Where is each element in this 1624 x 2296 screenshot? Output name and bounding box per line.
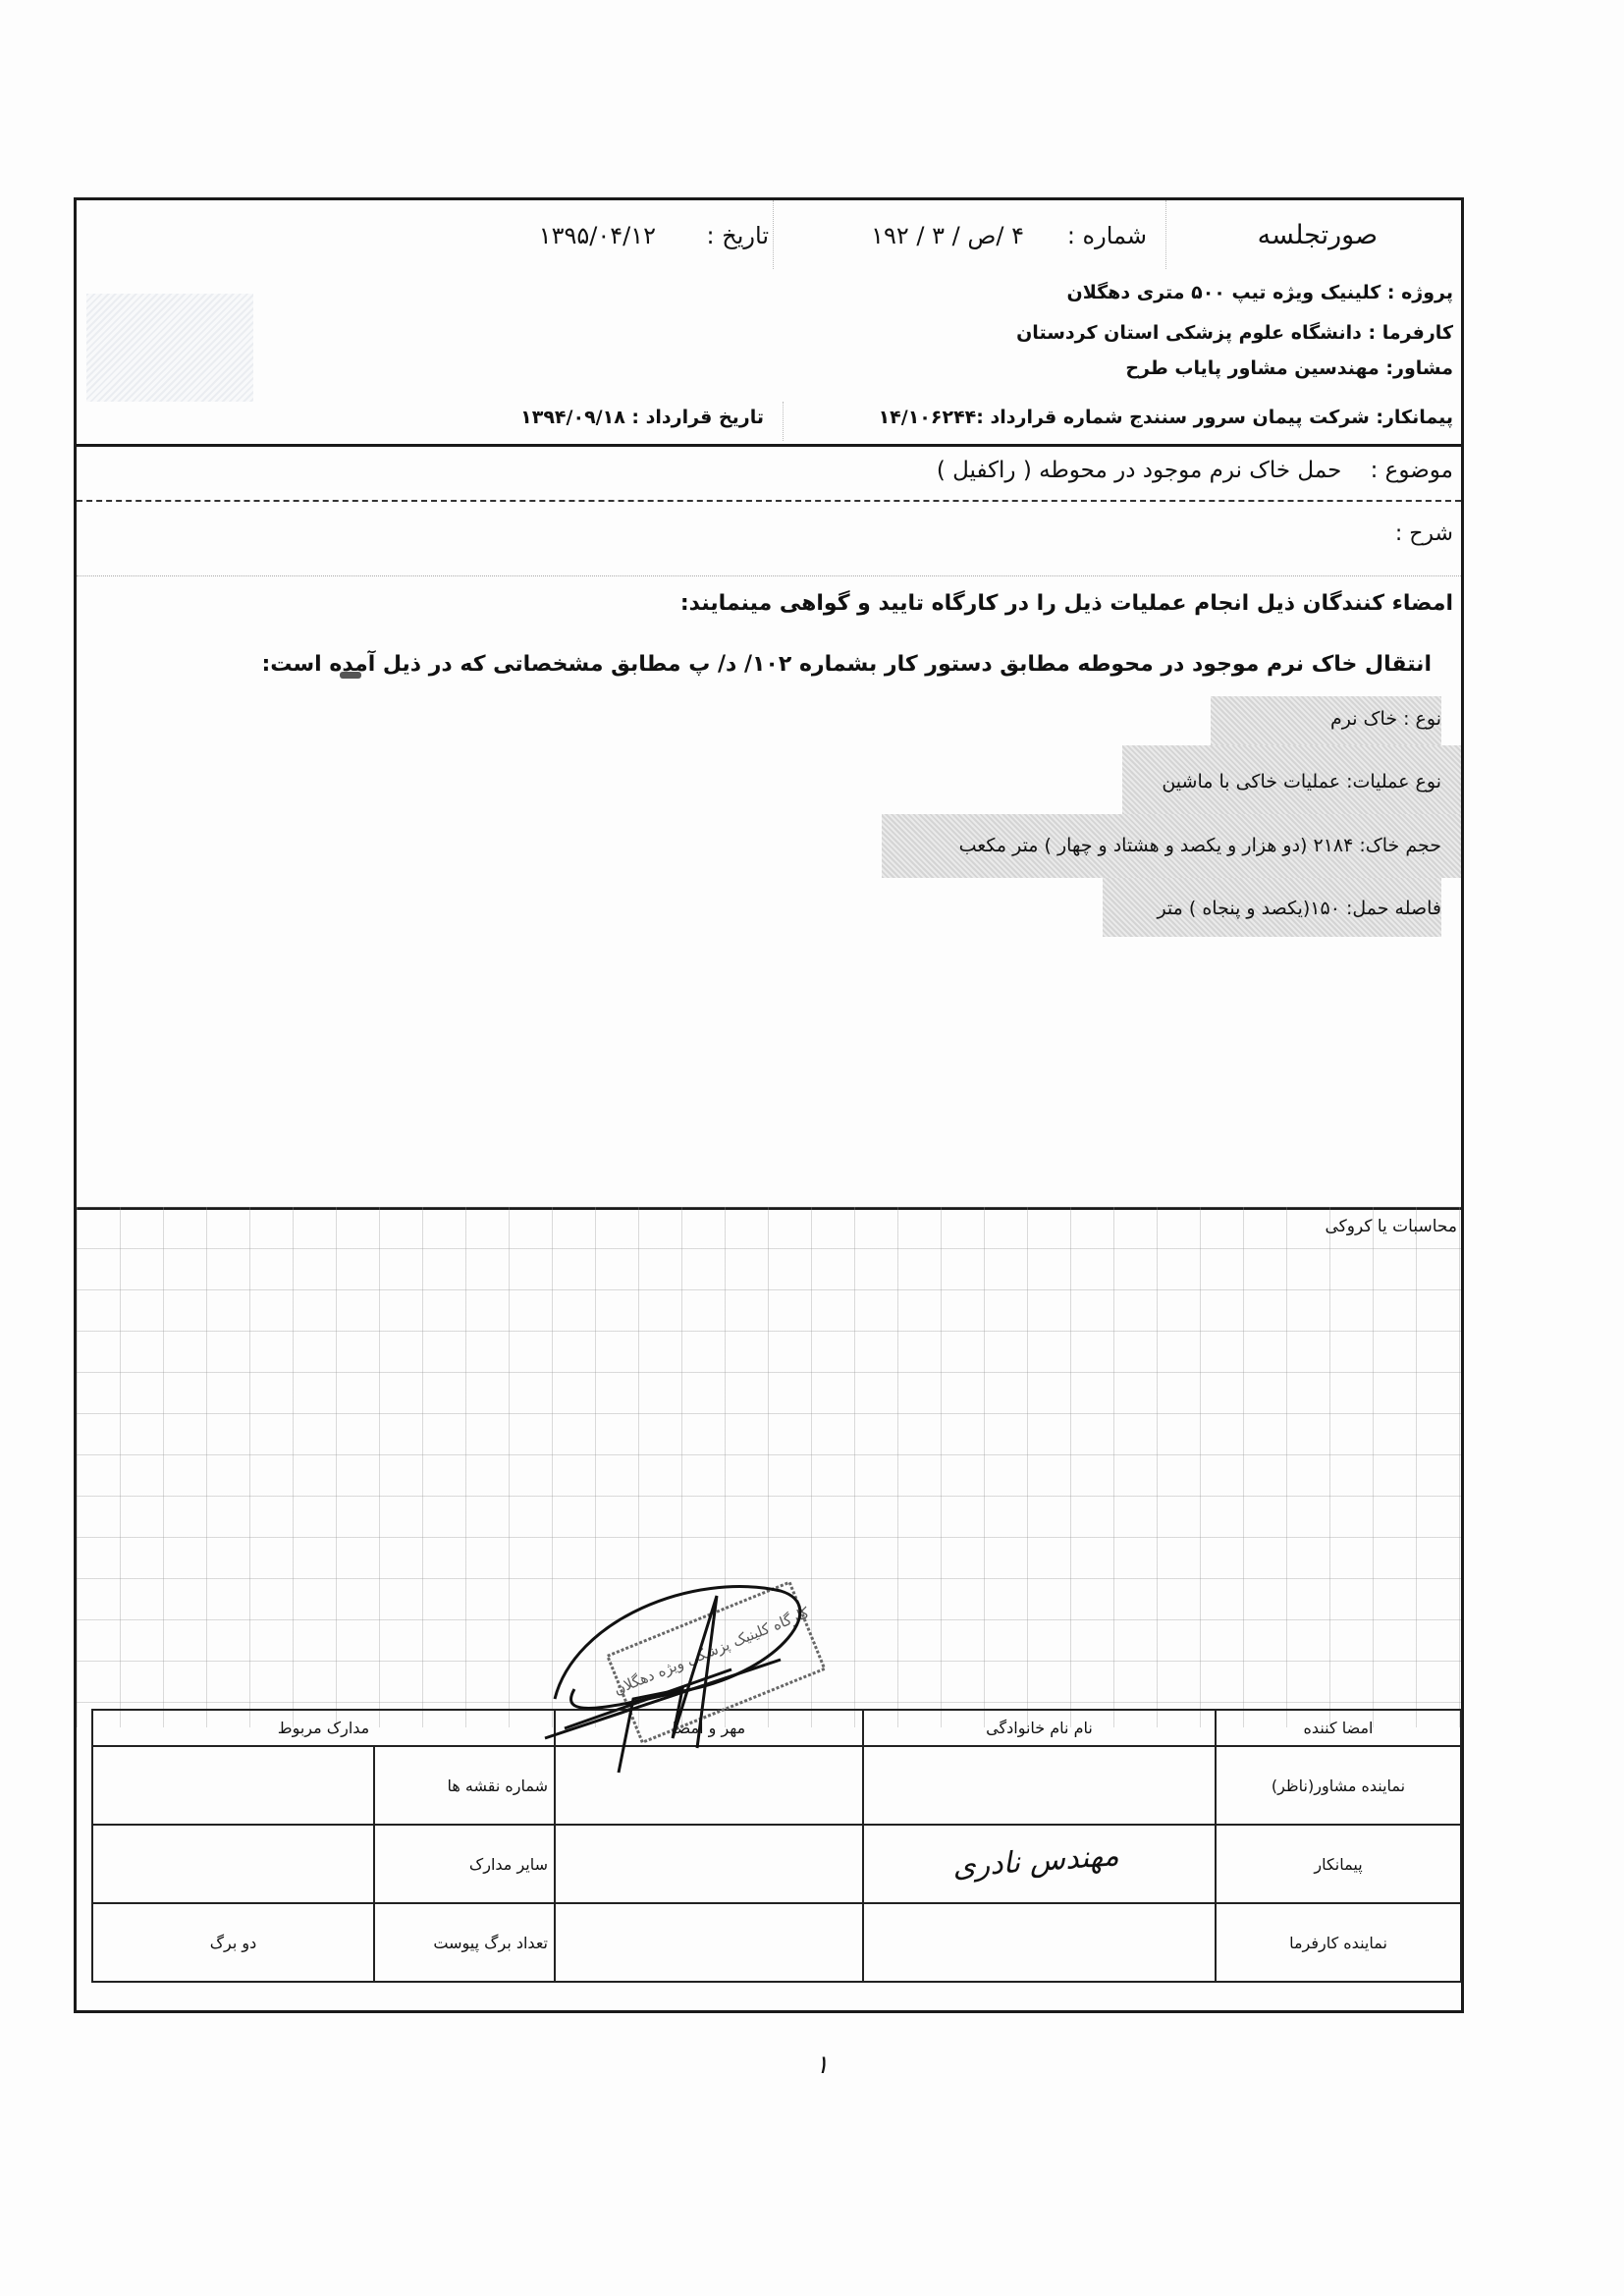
doc-value: دو برگ xyxy=(92,1903,374,1982)
spec-type: نوع : خاک نرم xyxy=(1330,708,1441,730)
stamp-cell xyxy=(555,1825,863,1903)
page-number: ۱ xyxy=(815,2050,829,2080)
description-paragraph-1: امضاء کنندگان ذیل انجام عملیات ذیل را در… xyxy=(680,591,1453,616)
header-rule xyxy=(77,444,1461,447)
spec-distance: فاصله حمل: ۱۵۰(یکصد و پنجاه ) متر xyxy=(1157,898,1441,919)
signer-employer: نماینده کارفرما xyxy=(1216,1903,1461,1982)
spec-volume: حجم خاک: ۲۱۸۴ (دو هزار و یکصد و هشتاد و … xyxy=(959,835,1441,856)
number-label: شماره : xyxy=(1067,222,1147,249)
stamp-cell xyxy=(555,1746,863,1825)
header-signer: امضا کننده xyxy=(1216,1710,1461,1746)
header-name: نام نام خانوادگی xyxy=(863,1710,1216,1746)
spec-operation: نوع عملیات: عملیات خاکی با ماشین xyxy=(1162,771,1441,793)
number-value: ۴ /ص / ۳ / ۱۹۲ xyxy=(871,222,1024,249)
calculations-label: محاسبات یا کروکی xyxy=(1326,1217,1457,1236)
doc-label: سایر مدارک xyxy=(374,1825,555,1903)
document-title: صورتجلسه xyxy=(1258,220,1378,250)
signature-table: امضا کننده نام نام خانوادگی مهر و امضا م… xyxy=(91,1709,1462,1983)
name-cell xyxy=(863,1746,1216,1825)
consultant-line: مشاور: مهندسین مشاور پایاب طرح xyxy=(1125,357,1453,379)
date-value: ۱۳۹۵/۰۴/۱۲ xyxy=(539,222,656,249)
subject-text: حمل خاک نرم موجود در محوطه ( راکفیل ) xyxy=(937,458,1342,483)
contractor-line: پیمانکار: شرکت پیمان سرور سنندج شماره قر… xyxy=(879,407,1453,428)
faded-stamp xyxy=(86,294,253,402)
sketch-grid xyxy=(77,1207,1461,1727)
table-row: نماینده مشاور(ناظر) شماره نقشه ها xyxy=(92,1746,1461,1825)
signer-contractor: پیمانکار xyxy=(1216,1825,1461,1903)
scanned-page: صورتجلسه شماره : ۴ /ص / ۳ / ۱۹۲ تاریخ : … xyxy=(0,0,1624,2296)
doc-label: تعداد برگ پیوست xyxy=(374,1903,555,1982)
header-divider xyxy=(1165,200,1166,269)
date-label: تاریخ : xyxy=(707,222,769,249)
doc-label: شماره نقشه ها xyxy=(374,1746,555,1825)
subject: موضوع : حمل خاک نرم موجود در محوطه ( راک… xyxy=(937,458,1453,483)
signer-consultant: نماینده مشاور(ناظر) xyxy=(1216,1746,1461,1825)
table-header-row: امضا کننده نام نام خانوادگی مهر و امضا م… xyxy=(92,1710,1461,1746)
subject-label: موضوع : xyxy=(1371,458,1453,483)
description-rule xyxy=(77,575,1461,576)
employer-line: کارفرما : دانشگاه علوم پزشکی استان کردست… xyxy=(1016,322,1453,344)
contract-date: تاریخ قرارداد : ۱۳۹۴/۰۹/۱۸ xyxy=(520,407,764,428)
doc-value xyxy=(92,1746,374,1825)
subject-rule xyxy=(77,500,1461,502)
header-divider xyxy=(773,200,774,269)
table-row: پیمانکار سایر مدارک xyxy=(92,1825,1461,1903)
project-line: پروژه : کلینیک ویژه تیپ ۵۰۰ متری دهگلان xyxy=(1066,282,1453,303)
contract-divider xyxy=(783,402,784,441)
header-stamp: مهر و امضا xyxy=(555,1710,863,1746)
stamp-cell xyxy=(555,1903,863,1982)
header-documents: مدارک مربوط xyxy=(92,1710,555,1746)
table-row: نماینده کارفرما تعداد برگ پیوست دو برگ xyxy=(92,1903,1461,1982)
name-cell xyxy=(863,1903,1216,1982)
description-label: شرح : xyxy=(1395,521,1453,546)
description-paragraph-2: انتقال خاک نرم موجود در محوطه مطابق دستو… xyxy=(261,652,1432,677)
doc-value xyxy=(92,1825,374,1903)
